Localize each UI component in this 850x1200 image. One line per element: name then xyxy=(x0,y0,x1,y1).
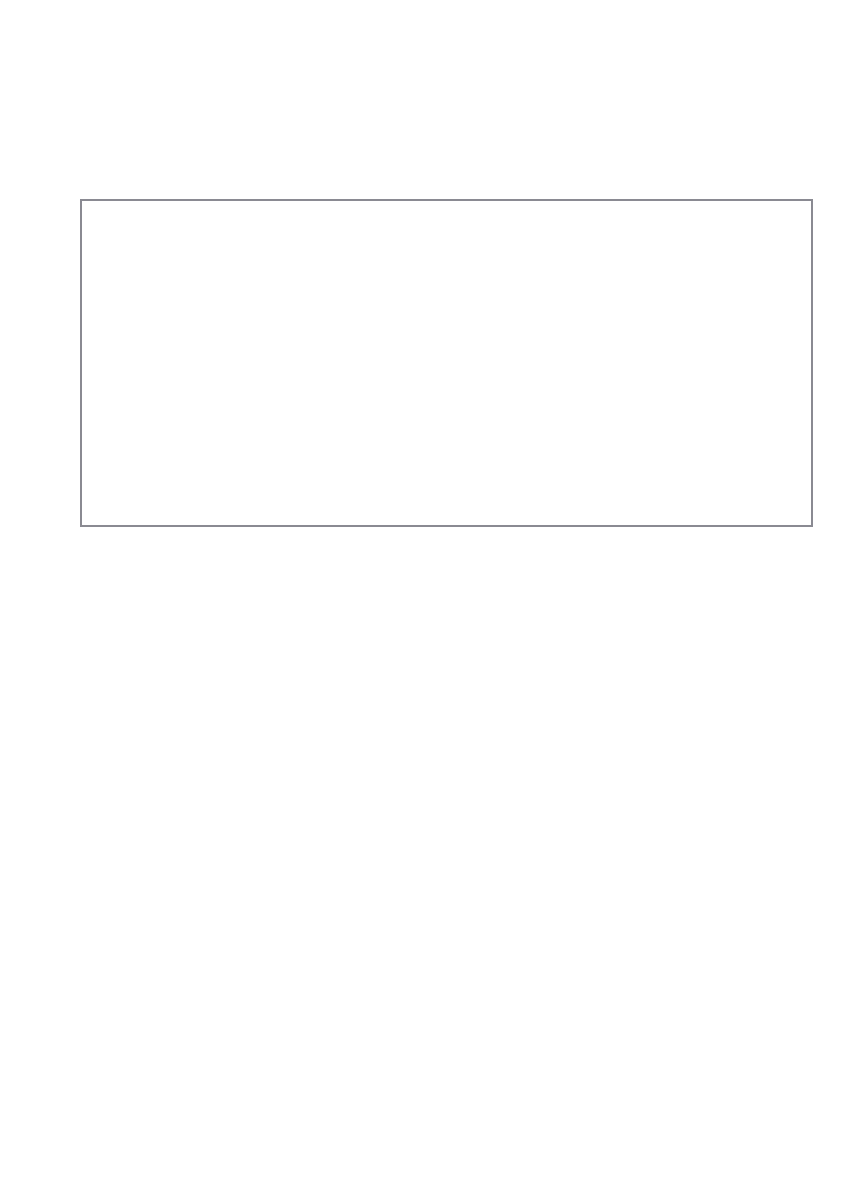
payer-info-section xyxy=(80,199,813,527)
annex-header xyxy=(607,30,795,36)
